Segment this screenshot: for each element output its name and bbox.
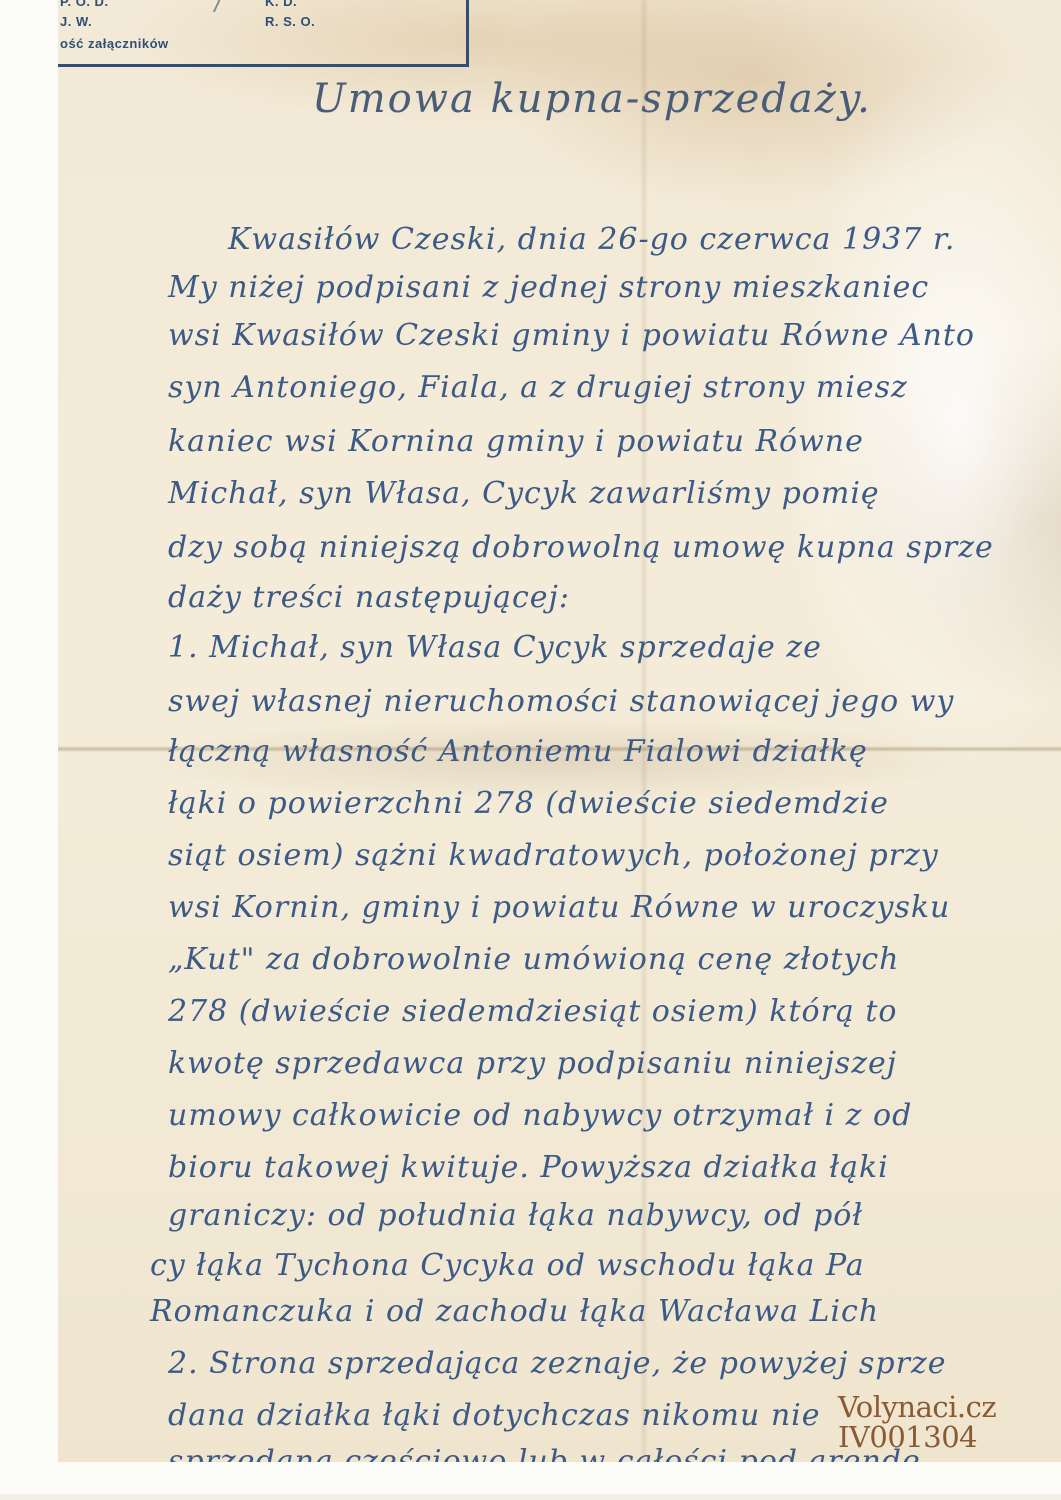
- text-line: 2. Strona sprzedająca zeznaje, że powyże…: [168, 1346, 947, 1381]
- text-line: dzy sobą niniejszą dobrowolną umowę kupn…: [168, 530, 994, 565]
- stamp-label: K. D.: [265, 0, 297, 9]
- text-line: daży treści następującej:: [168, 580, 570, 615]
- text-line: wsi Kornin, gminy i powiatu Równe w uroc…: [168, 890, 950, 925]
- stamp-label: P. O. D.: [60, 0, 109, 9]
- stamp-row: P. O. D. K. D.: [60, 0, 109, 9]
- text-line: 278 (dwieście siedemdziesiąt osiem) któr…: [168, 994, 897, 1029]
- stamp-label: ość załączników: [60, 36, 169, 51]
- text-line: My niżej podpisani z jednej strony miesz…: [168, 270, 929, 305]
- text-line: graniczy: od południa łąka nabywcy, od p…: [168, 1198, 863, 1233]
- stamp-row: ość załączników: [60, 36, 169, 51]
- stamp-signature-mark: [213, 0, 265, 12]
- watermark-id: IV001304: [838, 1422, 977, 1452]
- text-line: Michał, syn Własa, Cycyk zawarliśmy pomi…: [168, 476, 880, 511]
- text-line: syn Antoniego, Fiala, a z drugiej strony…: [168, 370, 908, 405]
- text-line: dana działka łąki dotychczas nikomu nie: [168, 1398, 821, 1433]
- text-line: 1. Michał, syn Własa Cycyk sprzedaje ze: [168, 630, 822, 665]
- text-line: Romanczuka i od zachodu łąka Wacława Lic…: [150, 1294, 879, 1329]
- text-line: kwotę sprzedawca przy podpisaniu niniejs…: [168, 1046, 897, 1081]
- paper-fold-vertical: [640, 0, 648, 1462]
- stamp-label: J. W.: [60, 14, 92, 29]
- watermark-site: Volynaci.cz: [838, 1392, 996, 1422]
- text-line: kaniec wsi Kornina gminy i powiatu Równe: [168, 424, 864, 459]
- document-paper: [58, 0, 1061, 1462]
- text-line: bioru takowej kwituje. Powyższa działka …: [168, 1150, 889, 1185]
- text-line: „Kut" za dobrowolnie umówioną cenę złoty…: [168, 942, 899, 977]
- stamp-row: J. W. R. S. O.: [60, 14, 92, 29]
- text-line: siąt osiem) sążni kwadratowych, położone…: [168, 838, 939, 873]
- text-line: Kwasiłów Czeski, dnia 26-go czerwca 1937…: [228, 222, 955, 257]
- text-line: łąki o powierzchni 278 (dwieście siedemd…: [168, 786, 889, 821]
- text-line: wsi Kwasiłów Czeski gminy i powiatu Równ…: [168, 318, 975, 353]
- text-line: swej własnej nieruchomości stanowiącej j…: [168, 684, 954, 719]
- office-stamp-box: P. O. D. K. D. J. W. R. S. O. ość załącz…: [58, 0, 469, 67]
- text-line: łączną własność Antoniemu Fialowi działk…: [168, 734, 868, 769]
- stamp-label: R. S. O.: [265, 14, 315, 29]
- scan-margin: [0, 1462, 1061, 1500]
- text-line: cy łąka Tychona Cycyka od wschodu łąka P…: [150, 1248, 865, 1283]
- document-title: Umowa kupna-sprzedaży.: [312, 76, 872, 122]
- text-line: umowy całkowicie od nabywcy otrzymał i z…: [168, 1098, 912, 1133]
